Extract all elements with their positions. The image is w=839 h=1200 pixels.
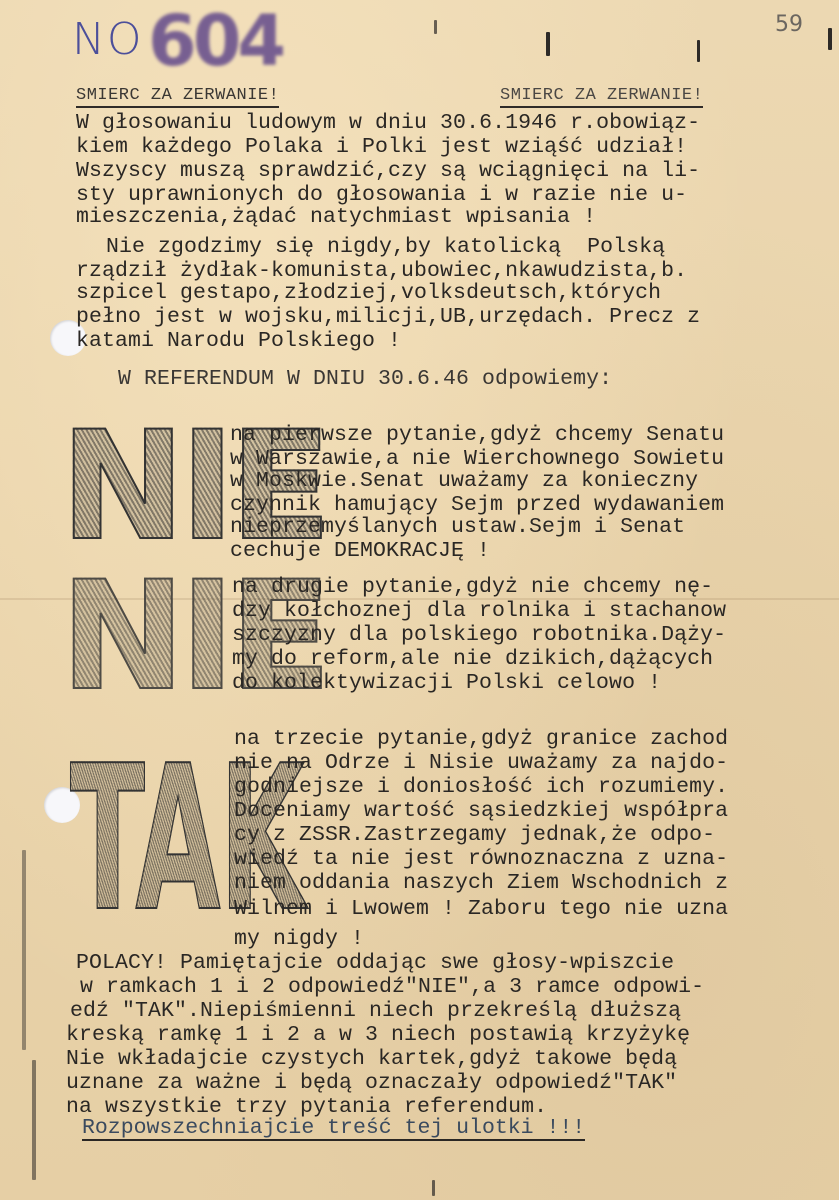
answer-line: na drugie pytanie,gdyż nie chcemy nę- — [232, 576, 713, 598]
instruction-line: uznane za ważne i będą oznaczały odpowie… — [66, 1072, 677, 1094]
answer-line: niem oddania naszych Ziem Wschodnich z — [234, 872, 728, 894]
intro-line: katami Narodu Polskiego ! — [76, 330, 401, 352]
ink-speck — [697, 40, 700, 62]
answer-line: na trzecie pytanie,gdyż granice zachod — [234, 728, 728, 750]
ink-smudge-left-edge — [22, 850, 26, 1050]
answer-line: na pierwsze pytanie,gdyż chcemy Senatu — [230, 424, 724, 446]
answer-line: Doceniamy wartość sąsiedzkiej współpra — [234, 800, 728, 822]
intro-line: kiem każdego Polaka i Polki jest wziąść … — [76, 136, 687, 158]
answer-line: my nigdy ! — [234, 928, 364, 950]
answer-line: my do reform,ale nie dzikich,dążących — [232, 648, 713, 670]
answer-line: nie na Odrze i Nisie uważamy za najdo- — [234, 752, 728, 774]
intro-line: Wszyscy muszą sprawdzić,czy są wciągnięc… — [76, 160, 700, 182]
instruction-line: na wszystkie trzy pytania referendum. — [66, 1096, 547, 1118]
referendum-heading: W REFERENDUM W DNIU 30.6.46 odpowiemy: — [118, 368, 612, 390]
closing-call-to-action: Rozpowszechniajcie treść tej ulotki !!! — [82, 1117, 585, 1141]
ink-speck — [828, 28, 832, 50]
answer-line: nieprzemyślanych ustaw.Sejm i Senat — [230, 516, 685, 538]
ink-speck — [434, 20, 437, 34]
handwritten-no-label: NO — [72, 14, 144, 65]
instruction-line: POLACY! Pamiętajcie oddając swe głosy-wp… — [76, 952, 674, 974]
intro-line: W głosowaniu ludowym w dniu 30.6.1946 r.… — [76, 112, 700, 134]
ink-speck — [432, 1180, 435, 1196]
answer-line: czynnik hamujący Sejm przed wydawaniem — [230, 494, 724, 516]
instruction-line: kreską ramkę 1 i 2 a w 3 niech postawią … — [66, 1024, 690, 1046]
intro-line: sty uprawnionych do głosowania i w razie… — [76, 184, 687, 206]
answer-line: cy z ZSSR.Zastrzegamy jednak,że odpo- — [234, 824, 715, 846]
header-right: SMIERC ZA ZERWANIE! — [500, 86, 703, 108]
ink-smudge-left-edge — [32, 1060, 36, 1180]
answer-line: wiedź ta nie jest równoznaczna z uzna- — [234, 848, 728, 870]
intro-line: pełno jest w wojsku,milicji,UB,urzędach.… — [76, 306, 700, 328]
instruction-line: edź "TAK".Niepiśmienni niech przekreślą … — [70, 1000, 681, 1022]
answer-line: Wilnem i Lwowem ! Zaboru tego nie uzna — [234, 898, 728, 920]
intro-line: mieszczenia,żądać natychmiast wpisania ! — [76, 206, 596, 228]
answer-line: godniejsze i doniosłość ich rozumiemy. — [234, 776, 728, 798]
answer-line: w Warszawie,a nie Wierchownego Sowietu — [230, 448, 724, 470]
intro-line: szpicel gestapo,złodziej,volksdeutsch,kt… — [76, 282, 661, 304]
answer-line: do kolektywizacji Polski celowo ! — [232, 672, 661, 694]
instruction-line: w ramkach 1 i 2 odpowiedź"NIE",a 3 ramce… — [80, 976, 704, 998]
header-left: SMIERC ZA ZERWANIE! — [76, 86, 279, 108]
answer-line: szczyzny dla polskiego robotnika.Dąży- — [232, 624, 726, 646]
instruction-line: Nie wkładajcie czystych kartek,gdyż tako… — [66, 1048, 677, 1070]
intro-line: rządził żydłak-komunista,ubowiec,nkawudz… — [76, 260, 687, 282]
answer-line: dzy kołchoznej dla rolnika i stachanow — [232, 600, 726, 622]
violet-number-stamp: 604 — [148, 0, 282, 82]
page-number: 59 — [775, 12, 803, 37]
answer-line: cechuje DEMOKRACJĘ ! — [230, 540, 490, 562]
ink-speck — [546, 32, 550, 56]
intro-line: Nie zgodzimy się nigdy,by katolicką Pols… — [80, 236, 665, 258]
answer-line: w Moskwie.Senat uważamy za konieczny — [230, 470, 698, 492]
